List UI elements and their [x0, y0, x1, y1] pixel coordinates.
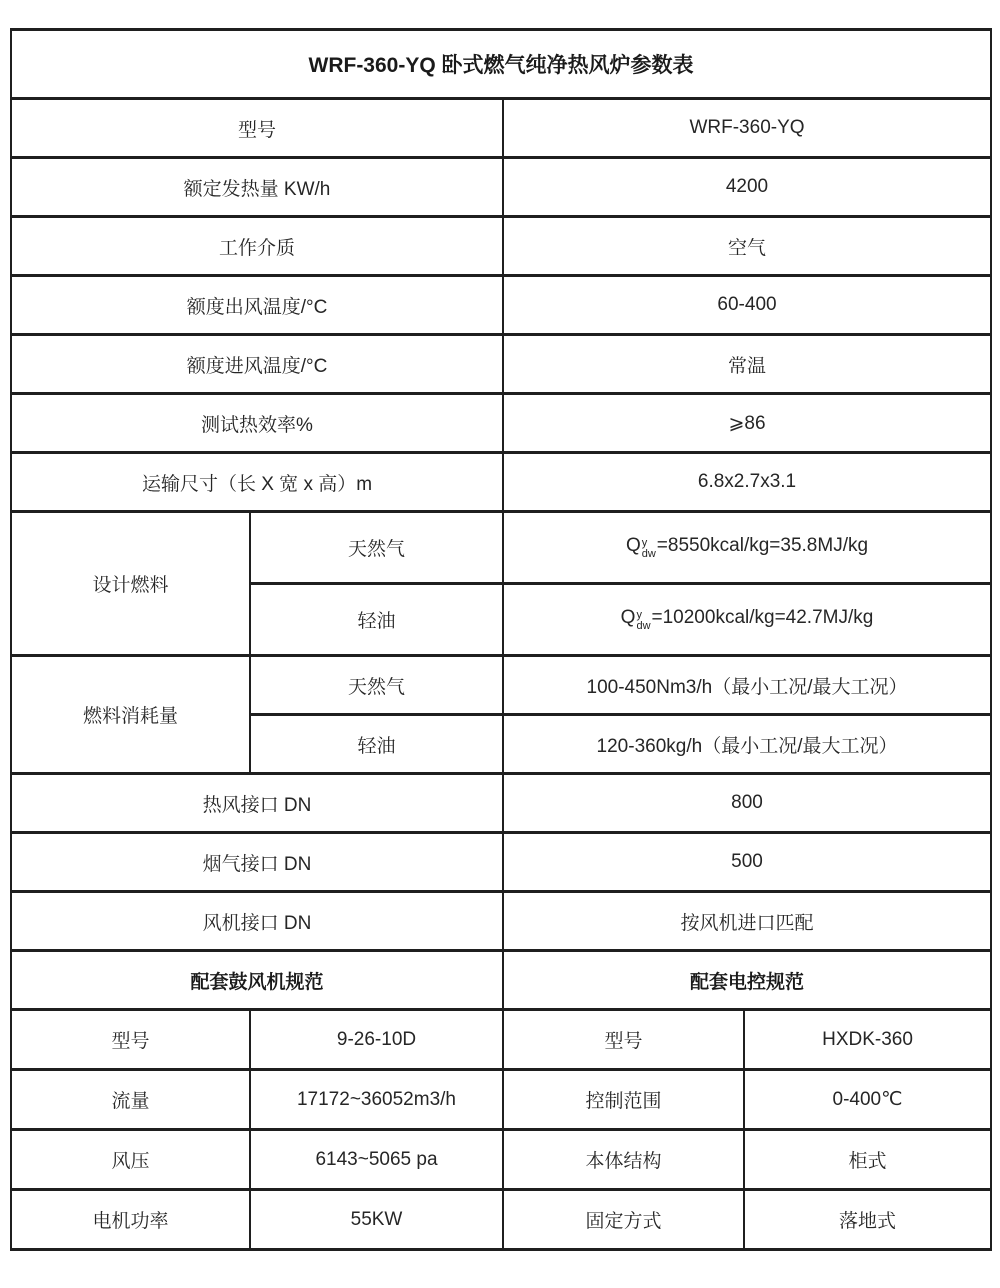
fuel-consumption-group-label: 燃料消耗量	[11, 656, 250, 774]
spec-value-rated-heat: 4200	[503, 158, 991, 217]
spec-label-medium: 工作介质	[11, 217, 503, 276]
blower-spec-header: 配套鼓风机规范	[11, 951, 503, 1010]
control-value-structure: 柜式	[744, 1130, 991, 1190]
spec-value-efficiency: ⩾86	[503, 394, 991, 453]
spec-value-outlet-temp: 60-400	[503, 276, 991, 335]
control-label-structure: 本体结构	[503, 1130, 744, 1190]
q-sup-sub: ydw	[636, 610, 650, 632]
design-fuel-group-label: 设计燃料	[11, 512, 250, 656]
blower-label-model: 型号	[11, 1010, 250, 1070]
design-fuel-light-oil-value: Qydw=10200kcal/kg=42.7MJ/kg	[503, 584, 991, 656]
table-row: 额定发热量 KW/h 4200	[11, 158, 991, 217]
fuel-consumption-light-oil-value: 120-360kg/h（最小工况/最大工况）	[503, 715, 991, 774]
spec-value-model: WRF-360-YQ	[503, 99, 991, 158]
table-title: WRF-360-YQ 卧式燃气纯净热风炉参数表	[11, 30, 991, 99]
table-row: 燃料消耗量 天然气 100-450Nm3/h（最小工况/最大工况）	[11, 656, 991, 715]
design-fuel-light-oil-label: 轻油	[250, 584, 503, 656]
table-row: 设计燃料 天然气 Qydw=8550kcal/kg=35.8MJ/kg	[11, 512, 991, 584]
table-row: 热风接口 DN 800	[11, 774, 991, 833]
port-value-fan: 按风机进口匹配	[503, 892, 991, 951]
table-row: 工作介质 空气	[11, 217, 991, 276]
table-row: 额度出风温度/°C 60-400	[11, 276, 991, 335]
spec-value-medium: 空气	[503, 217, 991, 276]
spec-label-rated-heat: 额定发热量 KW/h	[11, 158, 503, 217]
control-label-mounting: 固定方式	[503, 1190, 744, 1250]
table-row: 风机接口 DN 按风机进口匹配	[11, 892, 991, 951]
blower-value-model: 9-26-10D	[250, 1010, 503, 1070]
spec-value-transport-size: 6.8x2.7x3.1	[503, 453, 991, 512]
port-value-hot-air: 800	[503, 774, 991, 833]
control-value-mounting: 落地式	[744, 1190, 991, 1250]
control-value-range: 0-400℃	[744, 1070, 991, 1130]
q-sup-sub: ydw	[642, 538, 656, 560]
table-row: 额度进风温度/°C 常温	[11, 335, 991, 394]
q-value-text: =8550kcal/kg=35.8MJ/kg	[657, 535, 868, 556]
table-row: 测试热效率% ⩾86	[11, 394, 991, 453]
table-row: 运输尺寸（长 X 宽 x 高）m 6.8x2.7x3.1	[11, 453, 991, 512]
fuel-consumption-natural-gas-value: 100-450Nm3/h（最小工况/最大工况）	[503, 656, 991, 715]
q-symbol: Q	[621, 607, 636, 628]
q-symbol: Q	[626, 535, 641, 556]
table-row: 配套鼓风机规范 配套电控规范	[11, 951, 991, 1010]
spec-label-outlet-temp: 额度出风温度/°C	[11, 276, 503, 335]
spec-value-inlet-temp: 常温	[503, 335, 991, 394]
table-row: 型号 9-26-10D 型号 HXDK-360	[11, 1010, 991, 1070]
parameter-table: WRF-360-YQ 卧式燃气纯净热风炉参数表 型号 WRF-360-YQ 额定…	[10, 28, 992, 1251]
blower-label-pressure: 风压	[11, 1130, 250, 1190]
design-fuel-natural-gas-label: 天然气	[250, 512, 503, 584]
spec-label-model: 型号	[11, 99, 503, 158]
port-value-flue-gas: 500	[503, 833, 991, 892]
table-row: 型号 WRF-360-YQ	[11, 99, 991, 158]
port-label-flue-gas: 烟气接口 DN	[11, 833, 503, 892]
spec-label-inlet-temp: 额度进风温度/°C	[11, 335, 503, 394]
q-subscript: dw	[642, 549, 656, 560]
table-row: 流量 17172~36052m3/h 控制范围 0-400℃	[11, 1070, 991, 1130]
blower-value-flow: 17172~36052m3/h	[250, 1070, 503, 1130]
control-label-range: 控制范围	[503, 1070, 744, 1130]
control-label-model: 型号	[503, 1010, 744, 1070]
blower-value-pressure: 6143~5065 pa	[250, 1130, 503, 1190]
blower-label-flow: 流量	[11, 1070, 250, 1130]
blower-label-motor-power: 电机功率	[11, 1190, 250, 1250]
port-label-hot-air: 热风接口 DN	[11, 774, 503, 833]
table-row: 烟气接口 DN 500	[11, 833, 991, 892]
design-fuel-natural-gas-value: Qydw=8550kcal/kg=35.8MJ/kg	[503, 512, 991, 584]
q-subscript: dw	[636, 621, 650, 632]
table-row: 风压 6143~5065 pa 本体结构 柜式	[11, 1130, 991, 1190]
table-row: WRF-360-YQ 卧式燃气纯净热风炉参数表	[11, 30, 991, 99]
spec-label-efficiency: 测试热效率%	[11, 394, 503, 453]
control-spec-header: 配套电控规范	[503, 951, 991, 1010]
fuel-consumption-natural-gas-label: 天然气	[250, 656, 503, 715]
port-label-fan: 风机接口 DN	[11, 892, 503, 951]
blower-value-motor-power: 55KW	[250, 1190, 503, 1250]
control-value-model: HXDK-360	[744, 1010, 991, 1070]
table-row: 电机功率 55KW 固定方式 落地式	[11, 1190, 991, 1250]
q-value-text: =10200kcal/kg=42.7MJ/kg	[652, 607, 874, 628]
fuel-consumption-light-oil-label: 轻油	[250, 715, 503, 774]
spec-label-transport-size: 运输尺寸（长 X 宽 x 高）m	[11, 453, 503, 512]
